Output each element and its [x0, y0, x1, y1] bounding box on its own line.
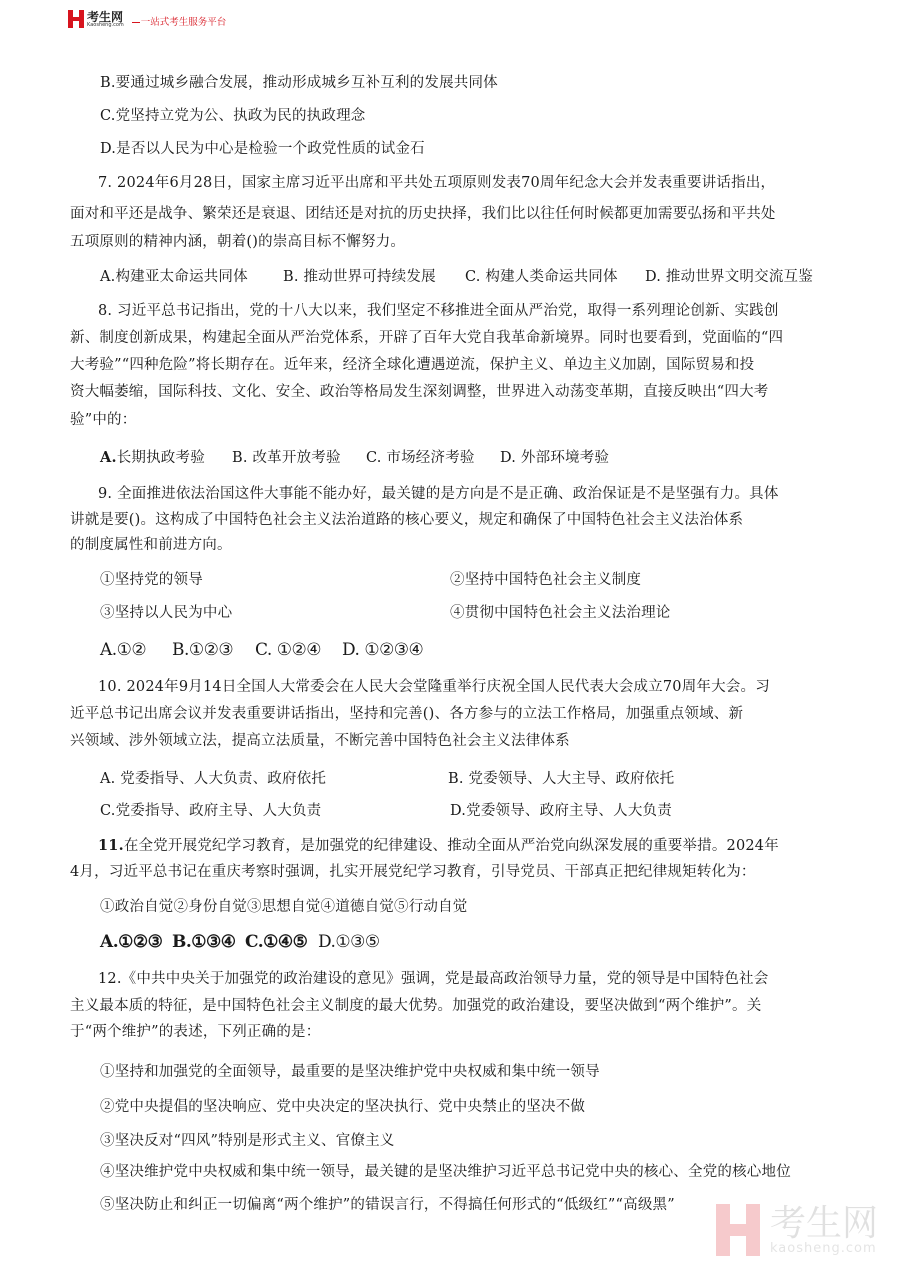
- q9-option-d: D. ①②③④: [342, 640, 423, 660]
- kaosheng-logo-icon: [68, 10, 84, 28]
- q11-option-c: C.①④⑤: [245, 932, 307, 952]
- q6-option-b: B.要通过城乡融合发展，推动形成城乡互补互利的发展共同体: [100, 73, 498, 93]
- q8-option-b: B. 改革开放考验: [232, 448, 341, 468]
- watermark-cn: 考生网: [770, 1206, 878, 1242]
- q8-stem-line-2: 新、制度创新成果，构建起全面从严治党体系，开辟了百年大党自我革命新境界。同时也要…: [70, 328, 783, 348]
- q8-option-c-label: C.: [366, 450, 382, 466]
- q11-option-b-text: B.①③④: [172, 932, 236, 952]
- q7-option-d: D. 推动世界文明交流互鉴: [645, 267, 813, 287]
- kaosheng-watermark: 考生网 kaosheng.com: [716, 1200, 886, 1260]
- q7-stem-line-3: 五项原则的精神内涵，朝着()的崇高目标不懈努力。: [70, 232, 405, 252]
- watermark-logo-icon: [716, 1204, 760, 1256]
- q9-item-2: ②坚持中国特色社会主义制度: [450, 570, 641, 590]
- q12-stem-line-2: 主义最本质的特征，是中国特色社会主义制度的最大优势。加强党的政治建设，要坚决做到…: [70, 996, 761, 1016]
- q9-stem-line-2: 讲就是要()。这构成了中国特色社会主义法治道路的核心要义，规定和确保了中国特色社…: [70, 510, 743, 530]
- q12-stem-line-1: 12.《中共中央关于加强党的政治建设的意见》强调，党是最高政治领导力量，党的领导…: [98, 969, 768, 989]
- q8-option-d: D. 外部环境考验: [500, 448, 609, 468]
- q7-option-c: C. 构建人类命运共同体: [465, 267, 618, 287]
- q8-stem-line-1: 8. 习近平总书记指出，党的十八大以来，我们坚定不移推进全面从严治党，取得一系列…: [98, 301, 779, 321]
- q12-item-5: ⑤坚决防止和纠正一切偏离“两个维护”的错误言行，不得搞任何形式的“低级红”“高级…: [100, 1195, 675, 1215]
- q11-stem-line-1: 11.在全党开展党纪学习教育，是加强党的纪律建设、推动全面从严治党向纵深发展的重…: [98, 836, 779, 856]
- q10-option-b: B. 党委领导、人大主导、政府依托: [448, 769, 674, 789]
- q7-option-b: B. 推动世界可持续发展: [283, 267, 436, 287]
- q11-option-b: B.①③④: [172, 932, 236, 952]
- q8-option-c-text: 市场经济考验: [382, 450, 475, 466]
- q12-item-2: ②党中央提倡的坚决响应、党中央决定的坚决执行、党中央禁止的坚决不做: [100, 1097, 585, 1117]
- watermark-en: kaosheng.com: [770, 1242, 878, 1255]
- tagline: 一站式考生服务平台: [132, 14, 227, 28]
- q12-item-4: ④坚决维护党中央权威和集中统一领导，最关键的是坚决维护习近平总书记党中央的核心、…: [100, 1162, 791, 1182]
- q11-option-a: A.①②③: [100, 932, 162, 952]
- q7-stem-line-1: 7. 2024年6月28日，国家主席习近平出席和平共处五项原则发表70周年纪念大…: [98, 173, 775, 193]
- logo-en: Kaosheng.com: [87, 23, 124, 28]
- q8-option-d-label: D.: [500, 450, 516, 466]
- q11-number: 11.: [98, 837, 124, 854]
- q10-option-d: D.党委领导、政府主导、人大负责: [450, 801, 672, 821]
- q10-stem-line-1: 10. 2024年9月14日全国人大常委会在人民大会堂隆重举行庆祝全国人民代表大…: [98, 677, 770, 697]
- q6-option-c: C.党坚持立党为公、执政为民的执政理念: [100, 106, 366, 126]
- q9-option-b: B.①②③: [172, 640, 233, 660]
- q11-stem-line-2: 4月，习近平总书记在重庆考察时强调，扎实开展党纪学习教育，引导党员、干部真正把纪…: [70, 862, 756, 882]
- q9-item-3: ③坚持以人民为中心: [100, 603, 232, 623]
- q11-option-d: D.①③⑤: [318, 932, 380, 952]
- logo-text: 考生网 Kaosheng.com: [87, 11, 124, 28]
- q8-option-c: C. 市场经济考验: [366, 448, 475, 468]
- q10-stem-line-3: 兴领域、涉外领域立法，提高立法质量，不断完善中国特色社会主义法律体系: [70, 731, 570, 751]
- q9-stem-line-1: 9. 全面推进依法治国这件大事能不能办好，最关键的是方向是不是正确、政治保证是不…: [98, 484, 779, 504]
- q7-stem-line-2: 面对和平还是战争、繁荣还是衰退、团结还是对抗的历史抉择，我们比以往任何时候都更加…: [70, 204, 776, 224]
- q8-stem-line-3: 大考验”“四种危险”将长期存在。近年来，经济全球化遭遇逆流，保护主义、单边主义加…: [70, 355, 754, 375]
- q9-option-a: A.①②: [100, 640, 146, 660]
- q9-stem-line-3: 的制度属性和前进方向。: [70, 535, 232, 555]
- q8-stem-line-4: 资大幅萎缩，国际科技、文化、安全、政治等格局发生深刻调整，世界进入动荡变革期，直…: [70, 382, 769, 402]
- site-header: 考生网 Kaosheng.com 一站式考生服务平台: [68, 8, 226, 30]
- q8-option-a-label: A.: [100, 449, 117, 466]
- q9-item-4: ④贯彻中国特色社会主义法治理论: [450, 603, 671, 623]
- q8-stem-line-5: 验”中的：: [70, 410, 136, 430]
- q8-option-d-text: 外部环境考验: [516, 450, 609, 466]
- q8-option-b-text: 改革开放考验: [248, 450, 341, 466]
- q10-option-c: C.党委指导、政府主导、人大负责: [100, 801, 321, 821]
- q10-option-a: A. 党委指导、人大负责、政府依托: [100, 769, 326, 789]
- q11-items: ①政治自觉②身份自觉③思想自觉④道德自觉⑤行动自觉: [100, 897, 468, 917]
- q11-option-d-text: D.①③⑤: [318, 932, 380, 952]
- q11-stem-text-1: 在全党开展党纪学习教育，是加强党的纪律建设、推动全面从严治党向纵深发展的重要举措…: [124, 838, 779, 854]
- q12-item-3: ③坚决反对“四风”特别是形式主义、官僚主义: [100, 1131, 395, 1151]
- q8-option-b-label: B.: [232, 450, 248, 466]
- logo-cn: 考生网: [87, 11, 124, 23]
- q8-option-a-text: 长期执政考验: [117, 450, 205, 466]
- q10-stem-line-2: 近平总书记出席会议并发表重要讲话指出，坚持和完善()、各方参与的立法工作格局，加…: [70, 704, 743, 724]
- q11-option-c-text: C.①④⑤: [245, 932, 307, 952]
- q6-option-d: D.是否以人民为中心是检验一个政党性质的试金石: [100, 139, 425, 159]
- q12-stem-line-3: 于“两个维护”的表述，下列正确的是：: [70, 1022, 320, 1042]
- q9-item-1: ①坚持党的领导: [100, 570, 203, 590]
- watermark-text: 考生网 kaosheng.com: [770, 1206, 878, 1255]
- q9-option-c: C. ①②④: [255, 640, 321, 660]
- q7-option-a: A.构建亚太命运共同体: [100, 267, 248, 287]
- q8-option-a: A.长期执政考验: [100, 448, 205, 468]
- q12-item-1: ①坚持和加强党的全面领导，最重要的是坚决维护党中央权威和集中统一领导: [100, 1062, 600, 1082]
